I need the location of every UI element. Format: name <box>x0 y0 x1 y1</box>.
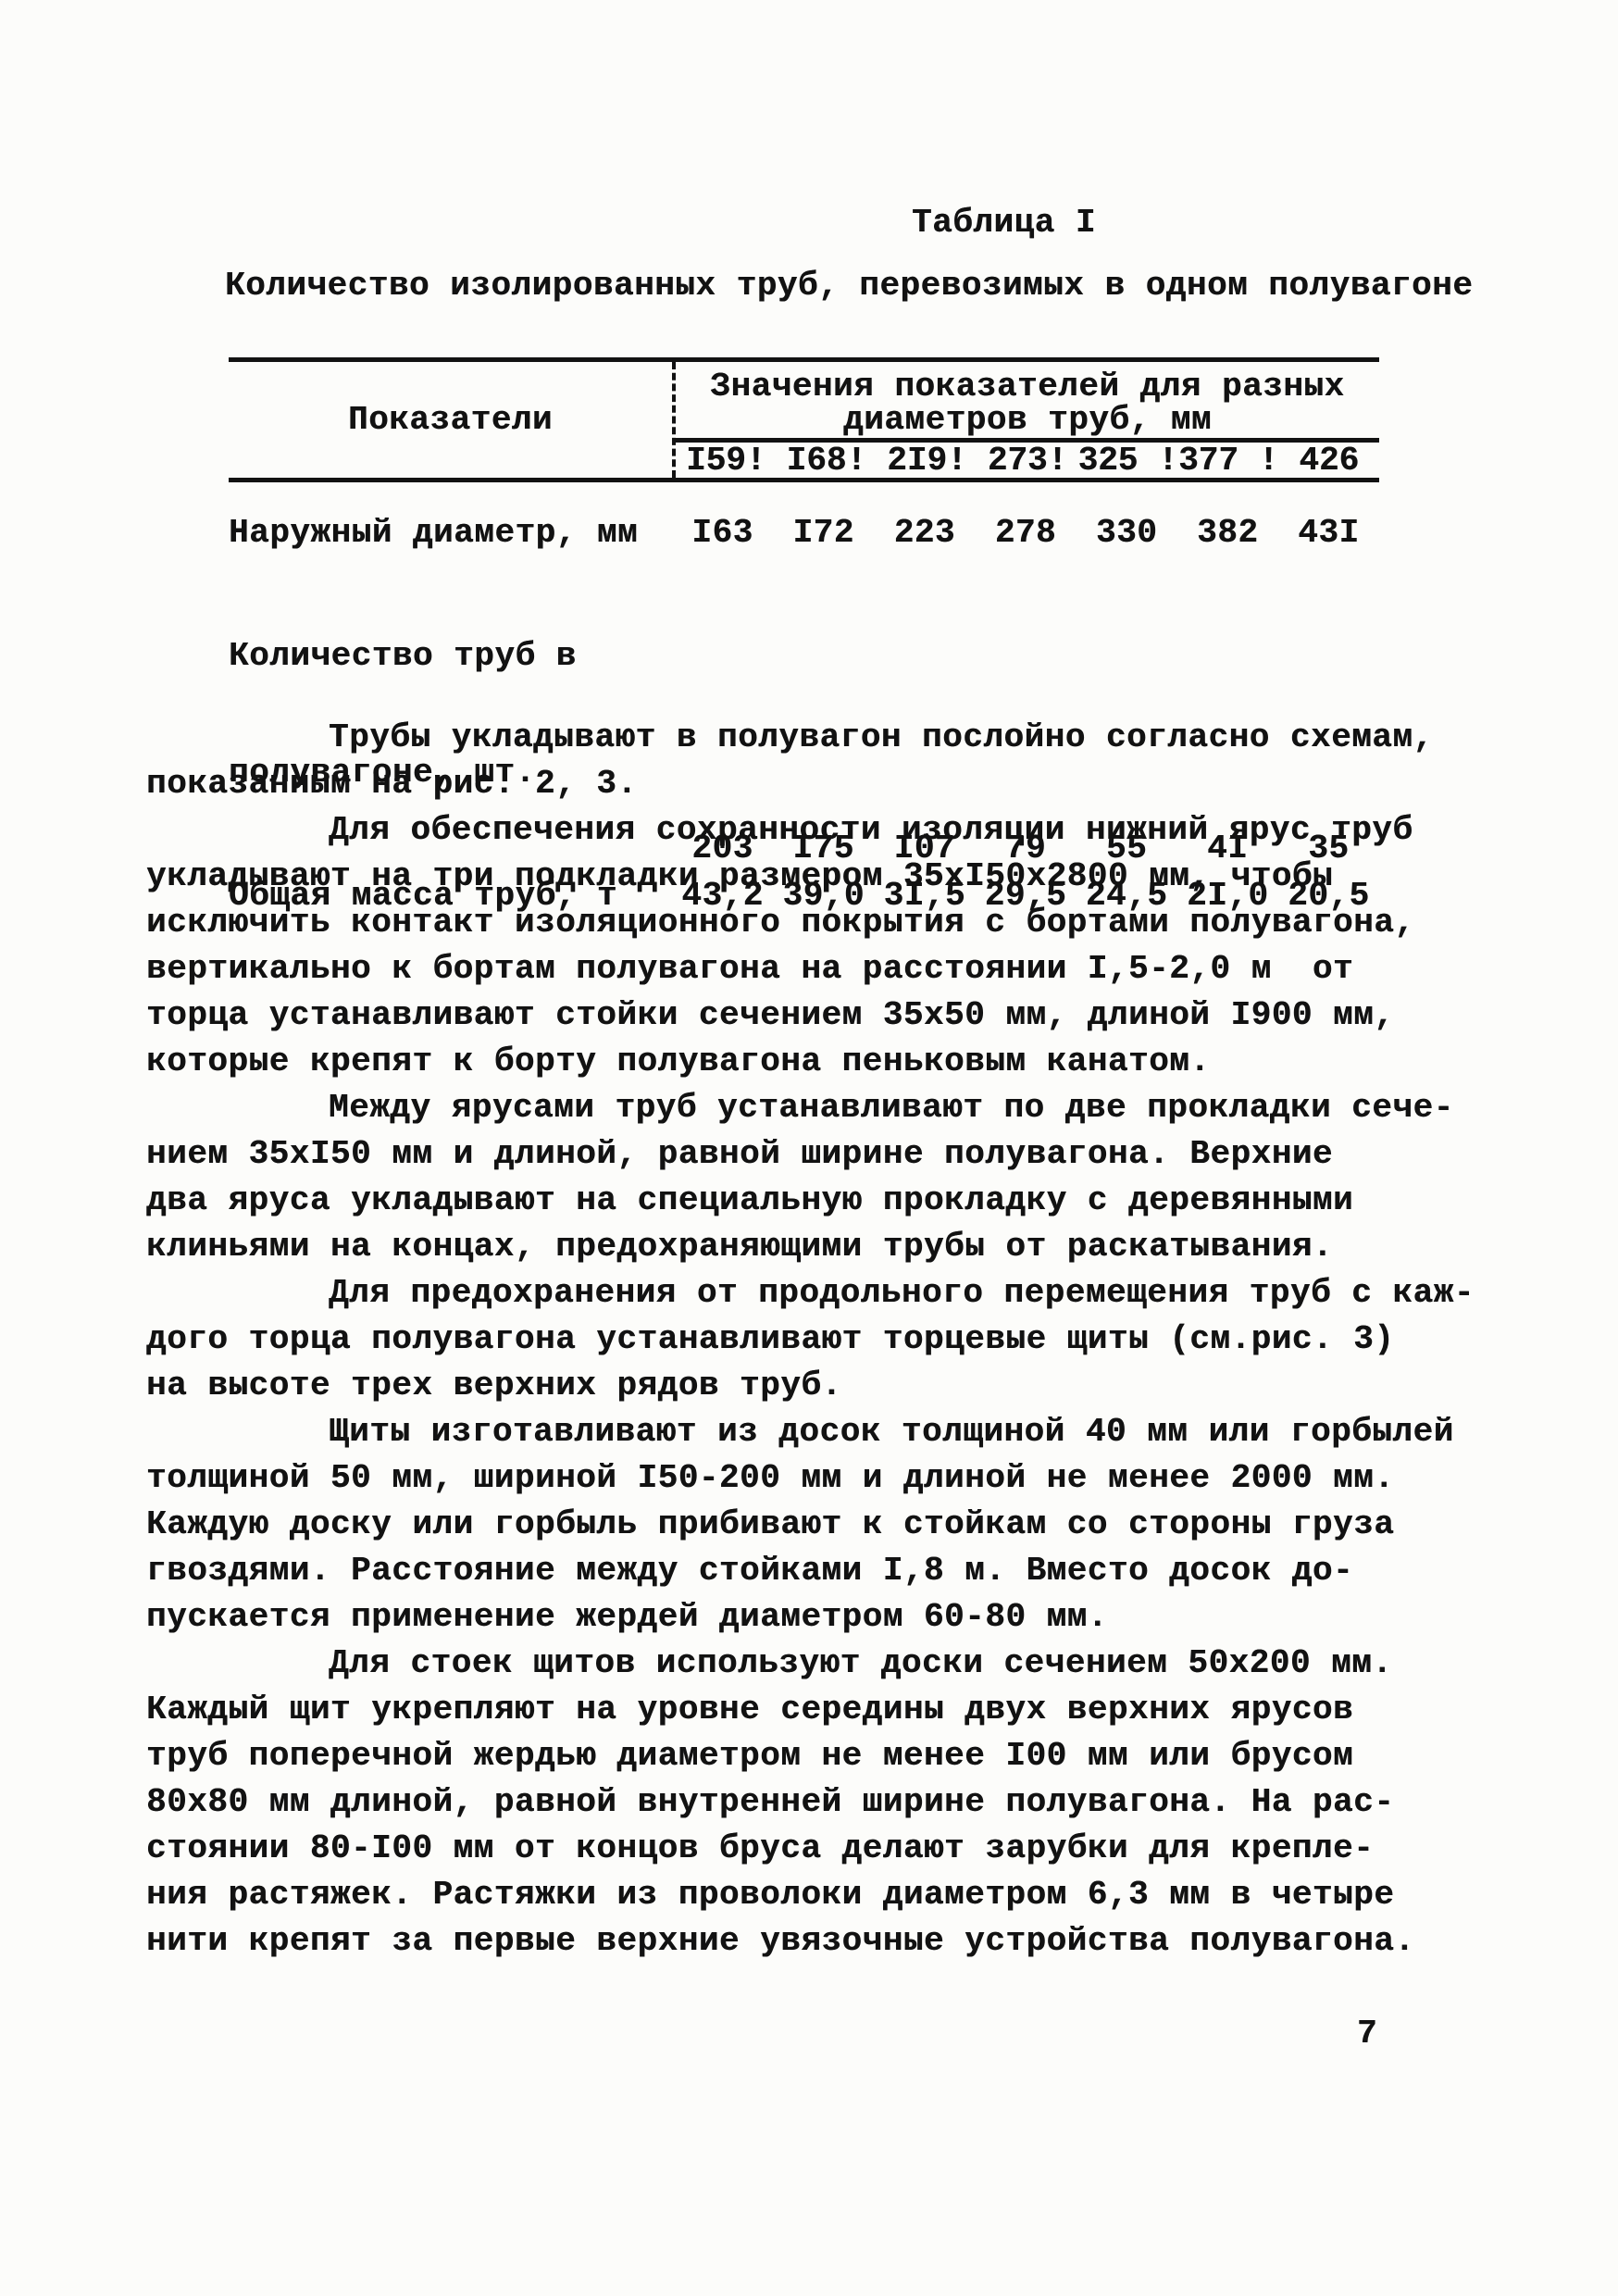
text-line: Трубы укладывают в полувагон послойно со… <box>146 715 1507 761</box>
diameter-column-header: I59! <box>676 442 777 480</box>
diameter-column-header: 2I9! <box>877 442 977 480</box>
diameter-column-header: 273! <box>977 442 1078 480</box>
text-line: гвоздями. Расстояние между стойками I,8 … <box>146 1548 1507 1594</box>
diameter-column-header: 426 <box>1278 442 1379 480</box>
value-cell: 43I <box>1278 510 1379 556</box>
text-line: клиньями на концах, предохраняющими труб… <box>146 1224 1507 1270</box>
text-line: ния растяжек. Растяжки из проволоки диам… <box>146 1872 1507 1918</box>
text-line: два яруса укладывают на специальную прок… <box>146 1178 1507 1224</box>
table-header: Показатели Значения показателей для разн… <box>229 357 1379 482</box>
text-line: которые крепят к борту полувагона пенько… <box>146 1039 1507 1085</box>
value-cell: 278 <box>975 510 1076 556</box>
paragraph: Трубы укладывают в полувагон послойно со… <box>146 715 1507 807</box>
text-line: дого торца полувагона устанавливают торц… <box>146 1316 1507 1363</box>
text-line: нити крепят за первые верхние увязочные … <box>146 1918 1507 1965</box>
table-caption: Таблица I <box>912 204 1096 242</box>
paragraph: Щиты изготавливают из досок толщиной 40 … <box>146 1409 1507 1641</box>
value-cell: I63 <box>672 510 773 556</box>
text-line: нием 35хI50 мм и длиной, равной ширине п… <box>146 1131 1507 1178</box>
text-line: 80х80 мм длиной, равной внутренней ширин… <box>146 1779 1507 1826</box>
text-line: Для обеспечения сохранности изоляции ниж… <box>146 807 1507 854</box>
text-line: Для предохранения от продольного перемещ… <box>146 1270 1507 1316</box>
text-line: Щиты изготавливают из досок толщиной 40 … <box>146 1409 1507 1455</box>
indicators-header-label: Показатели <box>348 401 553 439</box>
diameter-column-header: I68! <box>777 442 877 480</box>
text-line: Для стоек щитов используют доски сечение… <box>146 1641 1507 1687</box>
diameter-column-header: 377 ! <box>1178 442 1279 480</box>
table-subtitle: Количество изолированных труб, перевозим… <box>225 267 1473 305</box>
value-cell: I72 <box>773 510 874 556</box>
row-label: Наружный диаметр, мм <box>229 510 672 556</box>
values-header-line1: Значения показателей для разных <box>676 369 1379 405</box>
text-line: торца устанавливают стойки сечением 35х5… <box>146 992 1507 1039</box>
diameter-columns-row: I59! I68! 2I9! 273! 325 ! 377 ! 426 <box>676 443 1379 478</box>
text-line: Каждую доску или горбыль прибивают к сто… <box>146 1502 1507 1548</box>
document-page: Таблица I Количество изолированных труб,… <box>0 0 1618 2296</box>
value-cell: 223 <box>874 510 975 556</box>
row-label-line1: Количество труб в <box>229 636 672 677</box>
values-header-cell: Значения показателей для разных диаметро… <box>672 362 1379 478</box>
text-line: укладывают на три подкладки размером 35х… <box>146 854 1507 900</box>
body-text: Трубы укладывают в полувагон послойно со… <box>146 715 1507 1965</box>
text-line: толщиной 50 мм, шириной I50-200 мм и дли… <box>146 1455 1507 1502</box>
text-line: труб поперечной жердью диаметром не мене… <box>146 1733 1507 1779</box>
text-line: вертикально к бортам полувагона на расст… <box>146 946 1507 992</box>
paragraph: Для обеспечения сохранности изоляции ниж… <box>146 807 1507 1085</box>
diameter-column-header: 325 ! <box>1077 442 1178 480</box>
page-number: 7 <box>1357 2015 1377 2053</box>
paragraph: Для предохранения от продольного перемещ… <box>146 1270 1507 1409</box>
text-line: на высоте трех верхних рядов труб. <box>146 1363 1507 1409</box>
paragraph: Для стоек щитов используют доски сечение… <box>146 1641 1507 1965</box>
text-line: показанным на рис. 2, 3. <box>146 761 1507 807</box>
values-header-line2: диаметров труб, мм <box>676 405 1379 436</box>
value-cell: 382 <box>1177 510 1278 556</box>
text-line: стоянии 80-I00 мм от концов бруса делают… <box>146 1826 1507 1872</box>
table-row: Наружный диаметр, мм I63 I72 223 278 330… <box>229 510 1379 556</box>
text-line: Между ярусами труб устанавливают по две … <box>146 1085 1507 1131</box>
paragraph: Между ярусами труб устанавливают по две … <box>146 1085 1507 1270</box>
text-line: пускается применение жердей диаметром 60… <box>146 1594 1507 1641</box>
indicators-header-cell: Показатели <box>229 362 672 478</box>
value-cell: 330 <box>1077 510 1177 556</box>
text-line: исключить контакт изоляционного покрытия… <box>146 900 1507 946</box>
text-line: Каждый щит укрепляют на уровне середины … <box>146 1687 1507 1733</box>
